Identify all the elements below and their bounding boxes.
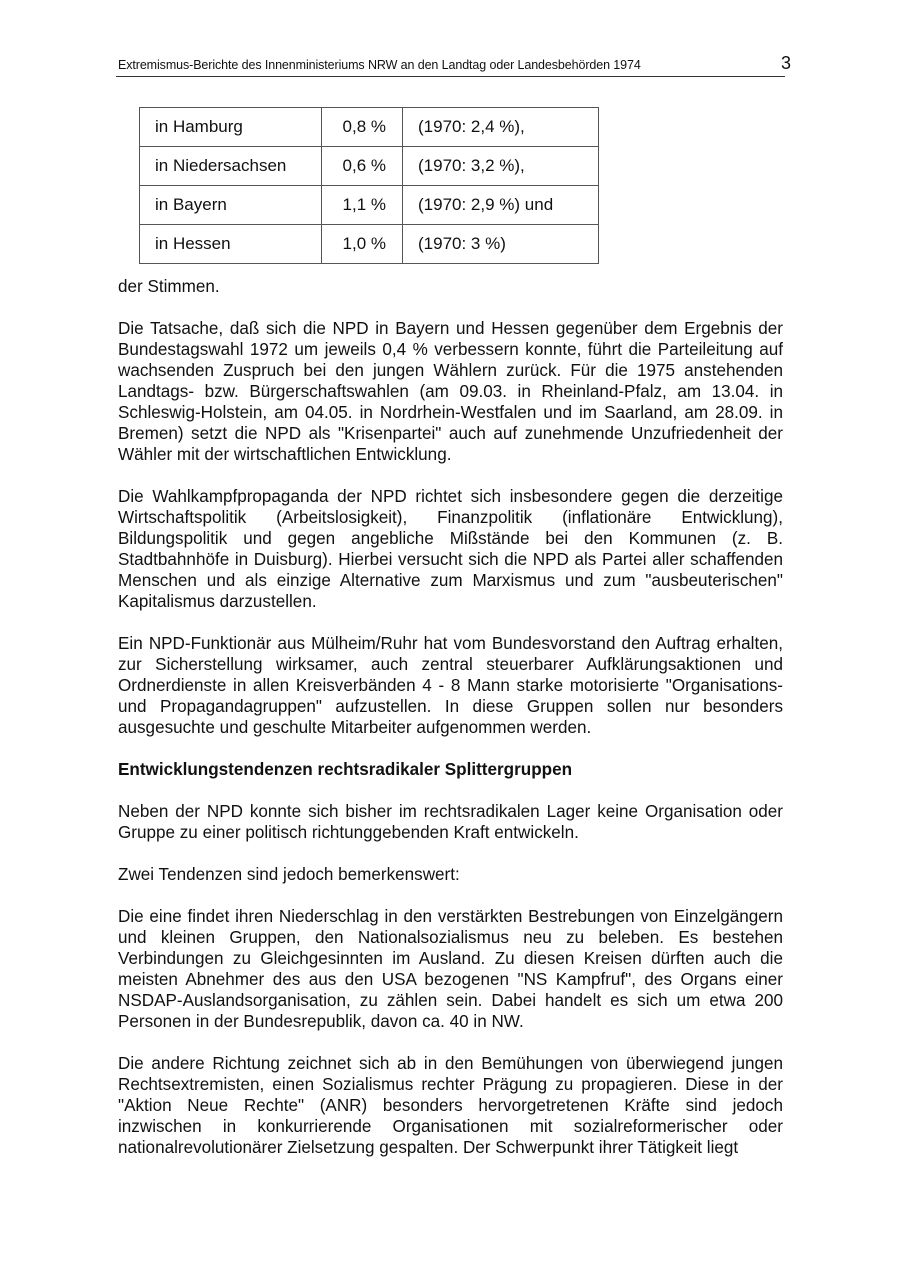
comparison-cell: (1970: 2,9 %) und	[403, 186, 599, 225]
share-cell: 0,8 %	[322, 108, 403, 147]
comparison-cell: (1970: 2,4 %),	[403, 108, 599, 147]
paragraph: Die andere Richtung zeichnet sich ab in …	[118, 1053, 783, 1158]
paragraph: Die Wahlkampfpropaganda der NPD richtet …	[118, 486, 783, 612]
share-cell: 1,0 %	[322, 225, 403, 264]
table-row: in Bayern 1,1 % (1970: 2,9 %) und	[140, 186, 599, 225]
table-continuation: der Stimmen.	[118, 276, 783, 297]
state-cell: in Niedersachsen	[140, 147, 322, 186]
comparison-cell: (1970: 3,2 %),	[403, 147, 599, 186]
paragraph: Neben der NPD konnte sich bisher im rech…	[118, 801, 783, 843]
paragraph: Die eine findet ihren Niederschlag in de…	[118, 906, 783, 1032]
state-cell: in Bayern	[140, 186, 322, 225]
election-results-table: in Hamburg 0,8 % (1970: 2,4 %), in Niede…	[139, 107, 599, 264]
state-cell: in Hessen	[140, 225, 322, 264]
state-cell: in Hamburg	[140, 108, 322, 147]
table-row: in Hamburg 0,8 % (1970: 2,4 %),	[140, 108, 599, 147]
header-title: Extremismus-Berichte des Innenministeriu…	[118, 58, 641, 72]
share-cell: 0,6 %	[322, 147, 403, 186]
section-heading: Entwicklungstendenzen rechtsradikaler Sp…	[118, 759, 783, 780]
table-row: in Niedersachsen 0,6 % (1970: 3,2 %),	[140, 147, 599, 186]
comparison-cell: (1970: 3 %)	[403, 225, 599, 264]
running-header: Extremismus-Berichte des Innenministeriu…	[116, 54, 785, 77]
body-text: der Stimmen. Die Tatsache, daß sich die …	[118, 276, 783, 1158]
share-cell: 1,1 %	[322, 186, 403, 225]
page-number: 3	[781, 53, 791, 74]
paragraph: Ein NPD-Funktionär aus Mülheim/Ruhr hat …	[118, 633, 783, 738]
paragraph: Zwei Tendenzen sind jedoch bemerkenswert…	[118, 864, 783, 885]
table-row: in Hessen 1,0 % (1970: 3 %)	[140, 225, 599, 264]
paragraph: Die Tatsache, daß sich die NPD in Bayern…	[118, 318, 783, 465]
